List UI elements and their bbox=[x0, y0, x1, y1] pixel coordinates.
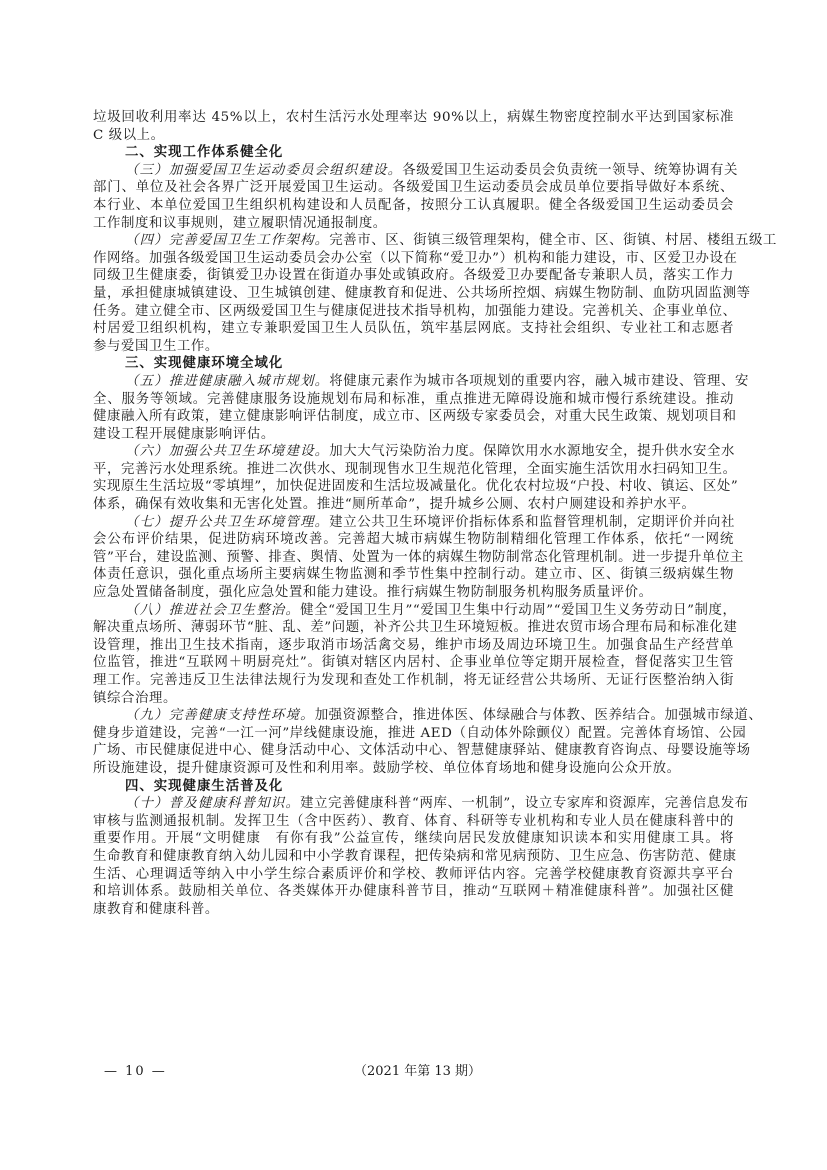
paragraph-line: 健康融入所有政策，建立健康影响评估制度，成立市、区两级专家委员会，对重大民生政策… bbox=[93, 408, 734, 426]
paragraph-text: 将健康元素作为城市各项规划的重要内容，融入城市建设、管理、安 bbox=[329, 374, 749, 389]
paragraph-line: 全、服务等领域。完善健康服务设施规划布局和标准，重点推进无障碍设施和城市慢行系统… bbox=[93, 391, 734, 409]
paragraph-line: 理工作。完善违反卫生法律法规行为发现和查处工作机制，将无证经营公共场所、无证行医… bbox=[93, 672, 734, 690]
paragraph-line: 部门、单位及社会各界广泛开展爱国卫生运动。各级爱国卫生运动委员会成员单位要指导做… bbox=[93, 179, 734, 197]
paragraph-text: 加强资源整合，推进体医、体绿融合与体教、医养结合。加强城市绿道、 bbox=[315, 708, 763, 723]
paragraph-line: 位监管，推进“互联网＋明厨亮灶”。街镇对辖区内居村、企事业单位等定期开展检查，督… bbox=[93, 654, 734, 672]
paragraph-line: 平，完善污水处理系统。推进二次供水、现制现售水卫生规范化管理，全面实施生活饮用水… bbox=[93, 461, 734, 479]
paragraph-line: 本行业、本单位爱国卫生组织机构建设和人员配备，按照分工认真履职。健全各级爱国卫生… bbox=[93, 197, 734, 215]
page-footer: — 10 — （2021 年第 13 期） bbox=[104, 1063, 704, 1081]
section-heading: 二、实现工作体系健全化 bbox=[93, 144, 734, 162]
paragraph-line: 建设工程开展健康影响评估。 bbox=[93, 426, 734, 444]
paragraph-first-line: （三）加强爱国卫生运动委员会组织建设。各级爱国卫生运动委员会负责统一领导、统筹协… bbox=[93, 162, 734, 180]
paragraph-text: 各级爱国卫生运动委员会负责统一领导、统筹协调有关 bbox=[402, 163, 738, 178]
issue-label: （2021 年第 13 期） bbox=[354, 1063, 481, 1081]
paragraph-line: 会公布评价结果，促进防病环境改善。完善超大城市病媒生物防制精细化管理工作体系，依… bbox=[93, 531, 734, 549]
paragraph-lead-title: （五）推进健康融入城市规划。 bbox=[125, 374, 329, 389]
paragraph-line: 广场、市民健康促进中心、健身活动中心、文体活动中心、智慧健康驿站、健康教育咨询点… bbox=[93, 742, 734, 760]
paragraph-line: 参与爱国卫生工作。 bbox=[93, 338, 734, 356]
paragraph-line: 生命教育和健康教育纳入幼儿园和中小学教育课程，把传染病和常见病预防、卫生应急、伤… bbox=[93, 848, 734, 866]
paragraph-lead-title: （十）普及健康科普知识。 bbox=[125, 796, 300, 811]
paragraph-line: 任务。建立健全市、区两级爱国卫生与健康促进技术指导机构，加强能力建设。完善机关、… bbox=[93, 303, 734, 321]
paragraph-text: 加大大气污染防治力度。保障饮用水水源地安全，提升供水安全水 bbox=[329, 444, 735, 459]
paragraph-line: 体系，确保有效收集和无害化处置。推进“厕所革命”，提升城乡公厕、农村户厕建设和养… bbox=[93, 496, 734, 514]
paragraph-lead-title: （六）加强公共卫生环境建设。 bbox=[125, 444, 329, 459]
paragraph-first-line: （十）普及健康科普知识。建立完善健康科普“两库、一机制”，设立专家库和资源库，完… bbox=[93, 795, 734, 813]
paragraph-lead-title: （八）推进社会卫生整治。 bbox=[125, 603, 300, 618]
page-number: — 10 — bbox=[104, 1063, 167, 1081]
paragraph-line: 审核与监测通报机制。发挥卫生（含中医药）、教育、体育、科研等专业机构和专业人员在… bbox=[93, 813, 734, 831]
paragraph-line: 所设施建设，提升健康资源可及性和利用率。鼓励学校、单位体育场地和健身设施向公众开… bbox=[93, 760, 734, 778]
paragraph-lead-title: （七）提升公共卫生环境管理。 bbox=[125, 515, 329, 530]
paragraph-first-line: （八）推进社会卫生整治。健全“爱国卫生月”“爱国卫生集中行动周”“爱国卫生义务劳… bbox=[93, 602, 734, 620]
paragraph-line: 和培训体系。鼓励相关单位、各类媒体开办健康科普节目，推动“互联网＋精准健康科普”… bbox=[93, 883, 734, 901]
paragraph-line: 解决重点场所、薄弱环节“脏、乱、差”问题，补齐公共卫生环境短板。推进农贸市场合理… bbox=[93, 619, 734, 637]
paragraph-line: C 级以上。 bbox=[93, 127, 734, 145]
paragraph-line: 重要作用。开展“文明健康 有你有我”公益宣传，继续向居民发放健康知识读本和实用健… bbox=[93, 830, 734, 848]
paragraph-line: 体责任意识，强化重点场所主要病媒生物监测和季节性集中控制行动。建立市、区、街镇三… bbox=[93, 566, 734, 584]
paragraph-first-line: （四）完善爱国卫生工作架构。完善市、区、街镇三级管理架构，健全市、区、街镇、村居… bbox=[93, 232, 734, 250]
paragraph-first-line: （五）推进健康融入城市规划。将健康元素作为城市各项规划的重要内容，融入城市建设、… bbox=[93, 373, 734, 391]
paragraph-first-line: （九）完善健康支持性环境。加强资源整合，推进体医、体绿融合与体教、医养结合。加强… bbox=[93, 707, 734, 725]
paragraph-line: 应急处置储备制度，强化应急处置和能力建设。推行病媒生物防制服务机构服务质量评价。 bbox=[93, 584, 734, 602]
paragraph-lead-title: （四）完善爱国卫生工作架构。 bbox=[125, 233, 329, 248]
paragraph-first-line: （六）加强公共卫生环境建设。加大大气污染防治力度。保障饮用水水源地安全，提升供水… bbox=[93, 443, 734, 461]
paragraph-line: 垃圾回收利用率达 45%以上，农村生活污水处理率达 90%以上，病媒生物密度控制… bbox=[93, 109, 734, 127]
section-heading: 三、实现健康环境全域化 bbox=[93, 355, 734, 373]
paragraph-line: 健身步道建设，完善“一江一河”岸线健康设施，推进 AED（自动体外除颤仪）配置。… bbox=[93, 725, 734, 743]
document-body: 垃圾回收利用率达 45%以上，农村生活污水处理率达 90%以上，病媒生物密度控制… bbox=[93, 109, 734, 918]
paragraph-text: 健全“爱国卫生月”“爱国卫生集中行动周”“爱国卫生义务劳动日”制度， bbox=[300, 603, 736, 618]
paragraph-line: 实现原生生活垃圾“零填埋”，加快促进固废和生活垃圾减量化。优化农村垃圾“户投、村… bbox=[93, 478, 734, 496]
paragraph-line: 康教育和健康科普。 bbox=[93, 901, 734, 919]
paragraph-line: 同级卫生健康委，街镇爱卫办设置在街道办事处或镇政府。各级爱卫办要配备专兼职人员，… bbox=[93, 267, 734, 285]
paragraph-line: 管”平台，建设监测、预警、排查、舆情、处置为一体的病媒生物防制常态化管理机制。进… bbox=[93, 549, 734, 567]
paragraph-first-line: （七）提升公共卫生环境管理。建立公共卫生环境评价指标体系和监督管理机制，定期评价… bbox=[93, 514, 734, 532]
paragraph-text: 建立公共卫生环境评价指标体系和监督管理机制，定期评价并向社 bbox=[329, 515, 735, 530]
paragraph-line: 生活、心理调适等纳入中小学生综合素质评价和学校、教师评估内容。完善学校健康教育资… bbox=[93, 866, 734, 884]
paragraph-line: 镇综合治理。 bbox=[93, 690, 734, 708]
paragraph-text: 建立完善健康科普“两库、一机制”，设立专家库和资源库，完善信息发布 bbox=[300, 796, 749, 811]
paragraph-line: 量，承担健康城镇建设、卫生城镇创建、健康教育和促进、公共场所控烟、病媒生物防制、… bbox=[93, 285, 734, 303]
paragraph-line: 村居爱卫组织机构，建立专兼职爱国卫生人员队伍，筑牢基层网底。支持社会组织、专业社… bbox=[93, 320, 734, 338]
paragraph-line: 工作制度和议事规则，建立履职情况通报制度。 bbox=[93, 215, 734, 233]
paragraph-lead-title: （九）完善健康支持性环境。 bbox=[125, 708, 315, 723]
paragraph-text: 完善市、区、街镇三级管理架构，健全市、区、街镇、村居、楼组五级工 bbox=[329, 233, 777, 248]
paragraph-line: 作网络。加强各级爱国卫生运动委员会办公室（以下简称“爱卫办”）机构和能力建设，市… bbox=[93, 250, 734, 268]
paragraph-line: 设管理，推出卫生技术指南，逐步取消市场活禽交易，维护市场及周边环境卫生。加强食品… bbox=[93, 637, 734, 655]
paragraph-lead-title: （三）加强爱国卫生运动委员会组织建设。 bbox=[125, 163, 402, 178]
section-heading: 四、实现健康生活普及化 bbox=[93, 778, 734, 796]
